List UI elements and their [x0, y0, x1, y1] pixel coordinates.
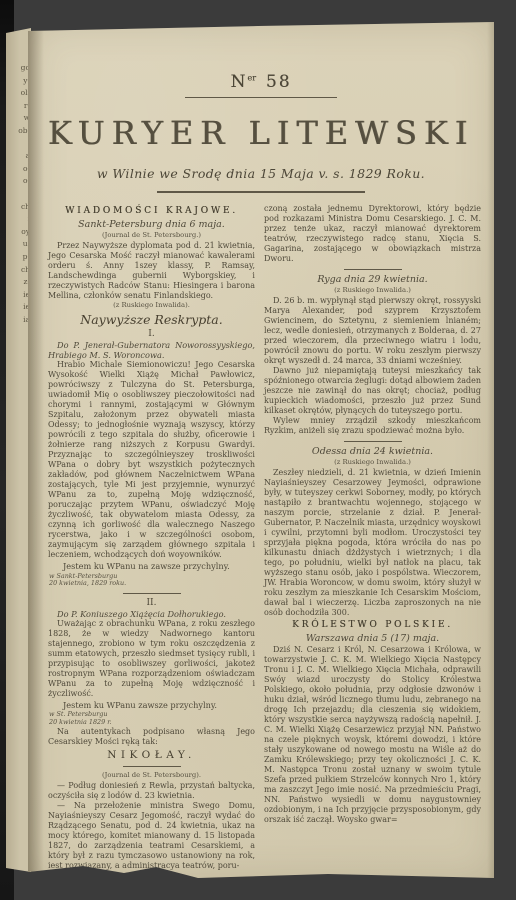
text-block-p: Na autentykach podpisano własną Jego Ces…: [48, 727, 255, 747]
text-block-credit: (z Ruskiego Inwalida.): [264, 458, 481, 466]
text-block-place: Warszawa dnia 5 (17) maja.: [264, 633, 481, 644]
text-block-sig: w Sankt-Petersburgu20 kwietnia, 1829 rok…: [49, 573, 255, 588]
text-block-addr: Do P. Jenerał-Gubernatora Noworossyyskie…: [48, 340, 255, 360]
fragment-text: ch: [7, 264, 30, 277]
fragment-text: ch: [7, 201, 30, 214]
text-block-closing: Jestem ku WPanu na zawsze przychylny.: [48, 561, 255, 572]
issue-number-value: 58: [266, 72, 292, 92]
text-block-p: — Podług doniesień z Rewla, przystań bal…: [48, 781, 255, 801]
text-block-p: Dawno już niepamiętają tuteysi mieszkańc…: [264, 366, 481, 416]
text-block-credit: (Journal de St. Petersbourg).: [48, 771, 255, 779]
text-block-p: Hrabio Michale Siemionowiczu! Jego Cesar…: [48, 360, 255, 560]
fragment-text: z-: [7, 276, 30, 289]
text-block-sectionhead: WIADOMOŚCI KRAJOWE.: [48, 206, 255, 216]
text-block-p: Uważając z obrachunku WPana, z roku zesz…: [48, 619, 255, 699]
text-block-pcont: czoną została jednemu Dyrektorowi, który…: [264, 204, 481, 264]
issue-prefix: N: [230, 72, 247, 92]
text-block-addr: Do P. Koniuszego Xiążęcia Dołhorukiego.: [48, 609, 255, 619]
fragment-text: ie: [7, 301, 30, 314]
text-block-roman: II.: [48, 598, 255, 608]
fragment-text: ob,: [7, 125, 30, 138]
fragment-text: go: [7, 62, 30, 75]
section-divider: [344, 269, 402, 270]
text-block-credit: (z Ruskiego Inwalida.): [264, 286, 481, 294]
text-block-p: Zeszłey niedzieli, d. 21 kwietnia, w dzi…: [264, 468, 481, 618]
text-block-credit: (z Ruskiego Inwalida).: [48, 301, 255, 309]
text-block-roman: I.: [48, 329, 255, 339]
fragment-text: [7, 188, 30, 201]
text-block-p: Wylew mniey zrządził szkody mieszkańcom …: [264, 416, 481, 436]
article-columns: WIADOMOŚCI KRAJOWE.Sankt-Petersburg dnia…: [28, 193, 494, 871]
issue-superscript: er: [247, 73, 256, 82]
fragment-text: ą: [7, 150, 30, 163]
text-block-credit: (Journal de St. Petersbourg.): [48, 231, 255, 239]
signature-line: 20 kwietnia 1829 r.: [49, 719, 255, 727]
text-block-place: Sankt-Petersburg dnia 6 maja.: [48, 219, 255, 230]
masthead-dateline: w Wilnie we Srodę dnia 15 Maja v. s. 182…: [28, 166, 494, 181]
text-block-place: Ryga dnia 29 kwietnia.: [264, 274, 481, 285]
adjacent-page-text-fragments: goy-olir-wob, ąo-o- chioyu.p-chz-ieieią: [7, 62, 30, 326]
newspaper-title: KURYER LITEWSKI: [28, 114, 494, 152]
fragment-text: y-: [7, 75, 30, 88]
fragment-text: u.: [7, 238, 30, 251]
fragment-text: o-: [7, 175, 30, 188]
adjacent-page-edge: goy-olir-wob, ąo-o- chioyu.p-chz-ieieią: [6, 26, 31, 874]
text-block-sig: w St. Petersburgu20 kwietnia 1829 r.: [49, 711, 255, 726]
right-column: czoną została jednemu Dyrektorowi, który…: [264, 204, 481, 871]
masthead: Ner58 KURYER LITEWSKI w Wilnie we Srodę …: [28, 22, 494, 193]
text-block-p: — Na przełożenie ministra Swego Domu, Na…: [48, 801, 255, 871]
left-column: WIADOMOŚCI KRAJOWE.Sankt-Petersburg dnia…: [48, 204, 255, 871]
fragment-text: ią: [7, 314, 30, 327]
fragment-text: ie: [7, 289, 30, 302]
dateline-rule: [157, 191, 365, 193]
fragment-text: w: [7, 112, 30, 125]
text-block-closing: Jestem ku WPanu zawsze przychylny.: [48, 700, 255, 711]
fragment-text: oy: [7, 226, 30, 239]
fragment-text: p-: [7, 251, 30, 264]
newspaper-page: Ner58 KURYER LITEWSKI w Wilnie we Srodę …: [28, 22, 494, 878]
text-block-p: Przez Naywyższe dyplomata pod d. 21 kwie…: [48, 241, 255, 301]
fragment-text: oli: [7, 87, 30, 100]
text-block-bigitalic: Naywyższe Reskrypta.: [48, 312, 255, 327]
text-block-p: Dziś N. Cesarz i Król, N. Cesarzowa i Kr…: [264, 645, 481, 825]
fragment-text: i: [7, 213, 30, 226]
section-divider: [123, 593, 181, 594]
signature-line: 20 kwietnia, 1829 roku.: [49, 580, 255, 588]
section-divider: [123, 766, 181, 767]
text-block-sectionhead: KRÓLESTWO POLSKIE.: [264, 620, 481, 630]
text-block-place: Odessa dnia 24 kwietnia.: [264, 446, 481, 457]
fragment-text: r-: [7, 100, 30, 113]
issue-number: Ner58: [28, 72, 494, 92]
fragment-text: [7, 138, 30, 151]
fragment-text: o-: [7, 163, 30, 176]
issue-number-rule: [185, 97, 337, 98]
text-block-p: D. 26 b. m. wypłynął stąd pierwszy okręt…: [264, 296, 481, 366]
section-divider: [344, 441, 402, 442]
text-block-name: NIKOŁAY.: [48, 749, 255, 761]
